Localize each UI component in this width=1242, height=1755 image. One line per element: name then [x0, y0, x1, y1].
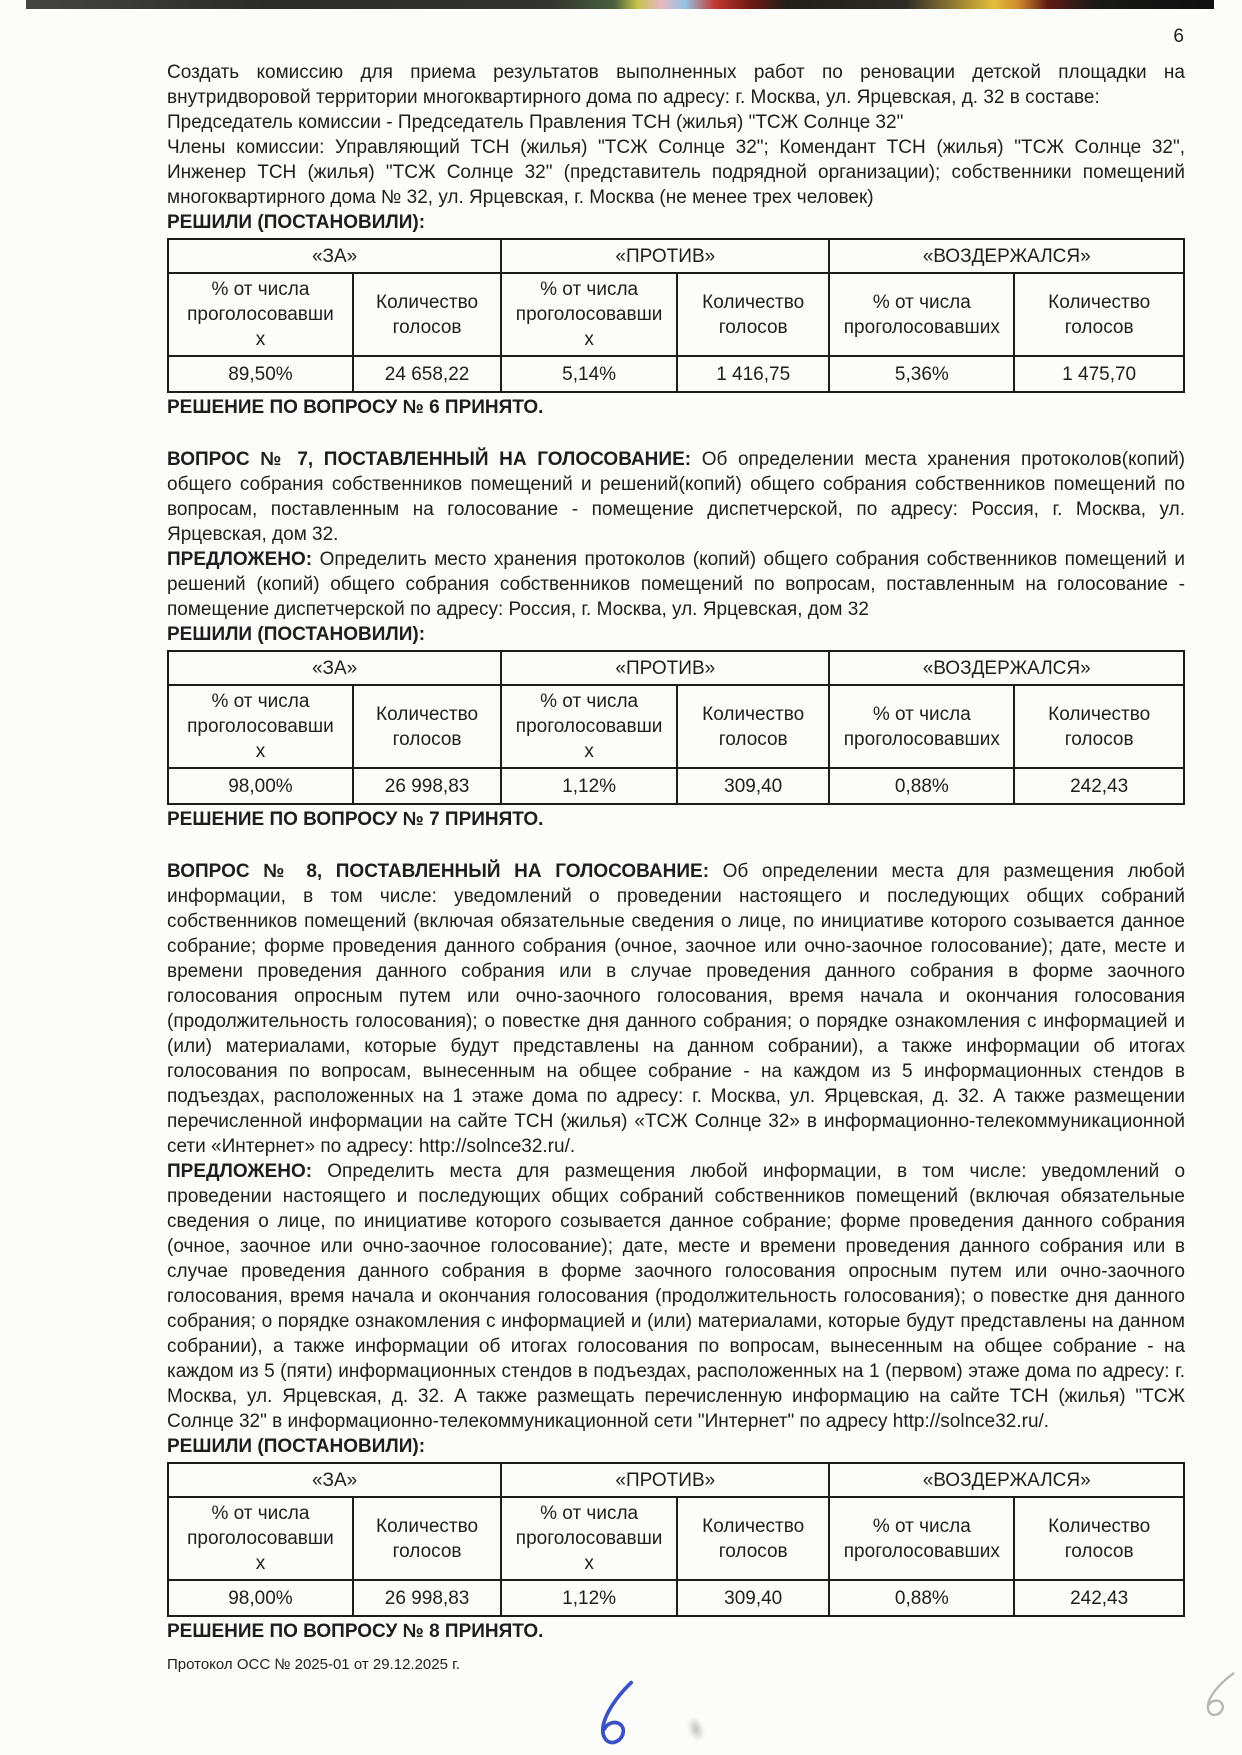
q8-resolved-label: РЕШИЛИ (ПОСТАНОВИЛИ): — [167, 1434, 1185, 1459]
q8-vozd-count-label: Количество голосов — [1014, 1497, 1184, 1580]
q6-vozd-count-value: 1 475,70 — [1014, 356, 1184, 392]
q8-vozd-pct-label: % от числа проголосовавших — [829, 1497, 1014, 1580]
scanner-artifact-strip — [26, 0, 1214, 9]
handwritten-six-faint — [1198, 1665, 1242, 1723]
q8-za-count-label: Количество голосов — [353, 1497, 501, 1580]
q8-protiv-count-value: 309,40 — [677, 1580, 829, 1616]
q7-protiv-count-label: Количество голосов — [677, 685, 829, 768]
q7-header-protiv: «ПРОТИВ» — [501, 651, 829, 685]
q6-chair-line: Председатель комиссии - Председатель Пра… — [167, 110, 1185, 135]
q8-header-za: «ЗА» — [168, 1463, 501, 1497]
q7-za-count-value: 26 998,83 — [353, 768, 501, 804]
q7-proposed-label: ПРЕДЛОЖЕНО: — [167, 549, 312, 570]
page-number: 6 — [1173, 26, 1184, 48]
q7-title: ВОПРОС № 7, ПОСТАВЛЕННЫЙ НА ГОЛОСОВАНИЕ: — [167, 449, 691, 470]
q7-resolved-label: РЕШИЛИ (ПОСТАНОВИЛИ): — [167, 622, 1185, 647]
q7-proposed-paragraph: ПРЕДЛОЖЕНО: Определить место хранения пр… — [167, 547, 1185, 622]
q8-vozd-pct-value: 0,88% — [829, 1580, 1014, 1616]
vote-table-q8: «ЗА» «ПРОТИВ» «ВОЗДЕРЖАЛСЯ» % от числа п… — [167, 1462, 1185, 1617]
q8-header-vozderzhalsya: «ВОЗДЕРЖАЛСЯ» — [829, 1463, 1184, 1497]
q6-resolved-label: РЕШИЛИ (ПОСТАНОВИЛИ): — [167, 210, 1185, 235]
q8-protiv-pct-label: % от числа проголосовавши х — [501, 1497, 677, 1580]
q8-za-pct-value: 98,00% — [168, 1580, 353, 1616]
q6-header-vozderzhalsya: «ВОЗДЕРЖАЛСЯ» — [829, 239, 1184, 273]
q7-za-pct-label: % от числа проголосовавши х — [168, 685, 353, 768]
q6-protiv-pct-label: % от числа проголосовавши х — [501, 273, 677, 356]
q8-title: ВОПРОС № 8, ПОСТАВЛЕННЫЙ НА ГОЛОСОВАНИЕ: — [167, 861, 709, 882]
q7-header-vozderzhalsya: «ВОЗДЕРЖАЛСЯ» — [829, 651, 1184, 685]
q6-header-protiv: «ПРОТИВ» — [501, 239, 829, 273]
q6-za-count-label: Количество голосов — [353, 273, 501, 356]
scan-smudge — [684, 1714, 707, 1744]
q8-za-count-value: 26 998,83 — [353, 1580, 501, 1616]
q8-proposed-paragraph: ПРЕДЛОЖЕНО: Определить места для размеще… — [167, 1159, 1185, 1434]
q7-protiv-count-value: 309,40 — [677, 768, 829, 804]
q6-decision-line: РЕШЕНИЕ ПО ВОПРОСУ № 6 ПРИНЯТО. — [167, 395, 1185, 420]
document-content: Создать комиссию для приема результатов … — [167, 60, 1185, 1677]
q7-question-paragraph: ВОПРОС № 7, ПОСТАВЛЕННЫЙ НА ГОЛОСОВАНИЕ:… — [167, 447, 1185, 547]
q8-question-text: Об определении места для размещения любо… — [167, 861, 1185, 1157]
q6-vozd-pct-label: % от числа проголосовавших — [829, 273, 1014, 356]
q7-vozd-count-label: Количество голосов — [1014, 685, 1184, 768]
q7-za-pct-value: 98,00% — [168, 768, 353, 804]
q8-vozd-count-value: 242,43 — [1014, 1580, 1184, 1616]
q7-vozd-count-value: 242,43 — [1014, 768, 1184, 804]
q6-header-za: «ЗА» — [168, 239, 501, 273]
q8-proposed-label: ПРЕДЛОЖЕНО: — [167, 1161, 312, 1182]
q8-header-protiv: «ПРОТИВ» — [501, 1463, 829, 1497]
q8-proposed-text: Определить места для размещения любой ин… — [167, 1161, 1185, 1432]
q7-protiv-pct-value: 1,12% — [501, 768, 677, 804]
q6-protiv-count-label: Количество голосов — [677, 273, 829, 356]
q6-za-pct-label: % от числа проголосовавши х — [168, 273, 353, 356]
q6-vozd-count-label: Количество голосов — [1014, 273, 1184, 356]
q7-protiv-pct-label: % от числа проголосовавши х — [501, 685, 677, 768]
q8-decision-line: РЕШЕНИЕ ПО ВОПРОСУ № 8 ПРИНЯТО. — [167, 1619, 1185, 1644]
vote-table-q6: «ЗА» «ПРОТИВ» «ВОЗДЕРЖАЛСЯ» % от числа п… — [167, 238, 1185, 393]
q7-vozd-pct-label: % от числа проголосовавших — [829, 685, 1014, 768]
protocol-footer-note: Протокол ОСС № 2025-01 от 29.12.2025 г. — [167, 1652, 1185, 1677]
q7-header-za: «ЗА» — [168, 651, 501, 685]
q8-protiv-pct-value: 1,12% — [501, 1580, 677, 1616]
q8-protiv-count-label: Количество голосов — [677, 1497, 829, 1580]
q6-za-count-value: 24 658,22 — [353, 356, 501, 392]
q7-decision-line: РЕШЕНИЕ ПО ВОПРОСУ № 7 ПРИНЯТО. — [167, 807, 1185, 832]
q7-za-count-label: Количество голосов — [353, 685, 501, 768]
q8-za-pct-label: % от числа проголосовавши х — [168, 1497, 353, 1580]
q6-members-paragraph: Члены комиссии: Управляющий ТСН (жилья) … — [167, 135, 1185, 210]
handwritten-six-blue — [590, 1676, 643, 1750]
q7-proposed-text: Определить место хранения протоколов (ко… — [167, 549, 1185, 620]
q6-protiv-pct-value: 5,14% — [501, 356, 677, 392]
q6-za-pct-value: 89,50% — [168, 356, 353, 392]
q6-protiv-count-value: 1 416,75 — [677, 356, 829, 392]
q6-vozd-pct-value: 5,36% — [829, 356, 1014, 392]
q6-body-paragraph: Создать комиссию для приема результатов … — [167, 60, 1185, 110]
document-page: 6 Создать комиссию для приема результато… — [0, 0, 1242, 1755]
vote-table-q7: «ЗА» «ПРОТИВ» «ВОЗДЕРЖАЛСЯ» % от числа п… — [167, 650, 1185, 805]
q7-vozd-pct-value: 0,88% — [829, 768, 1014, 804]
q8-question-paragraph: ВОПРОС № 8, ПОСТАВЛЕННЫЙ НА ГОЛОСОВАНИЕ:… — [167, 859, 1185, 1159]
